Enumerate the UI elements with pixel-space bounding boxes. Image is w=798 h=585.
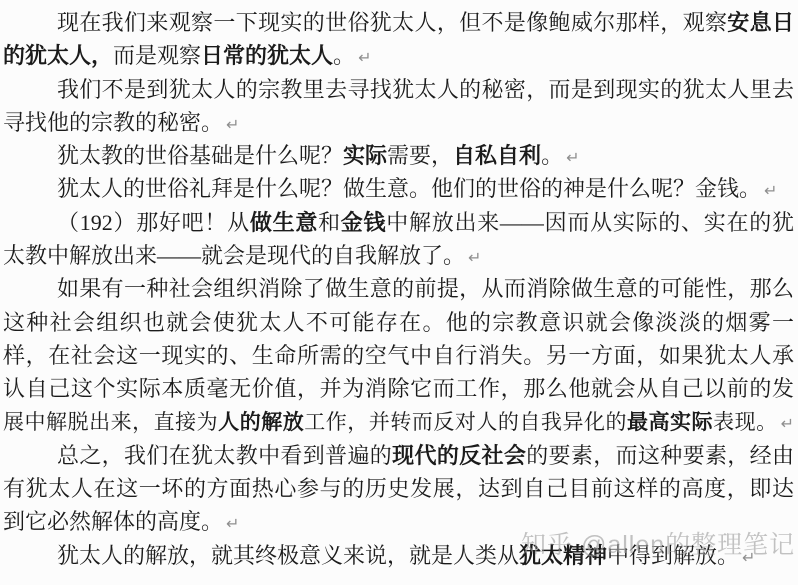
text-run: （192）那好吧！从 (57, 210, 250, 235)
text-run: 犹太教的世俗基础是什么呢？ (57, 143, 343, 168)
paragraph-return-mark-icon: ↵ (465, 248, 481, 267)
paragraph: （192）那好吧！从做生意和金钱中解放出来——因而从实际的、实在的犹太教中解放出… (3, 206, 794, 273)
paragraph: 现在我们来观察一下现实的世俗犹太人，但不是像鲍威尔那样，观察安息日的犹太人，而是… (3, 6, 794, 73)
text-line: 到它必然解体的高度。↵ (3, 505, 794, 538)
paragraph: 犹太教的世俗基础是什么呢？实际需要，自私自利。↵ (3, 139, 794, 172)
text-run: 而是观察 (113, 43, 201, 68)
text-line: 犹太人的解放，就其终极意义来说，就是人类从犹太精神中得到解放。↵ (3, 539, 794, 572)
text-line: 犹太教的世俗基础是什么呢？实际需要，自私自利。↵ (3, 139, 794, 172)
document-body: 现在我们来观察一下现实的世俗犹太人，但不是像鲍威尔那样，观察安息日的犹太人，而是… (0, 0, 798, 572)
text-run: 样，在社会这一现实的、生命所需的空气中自行消失。另一方面，如果犹太人承 (3, 343, 794, 368)
paragraph-return-mark-icon: ↵ (739, 548, 755, 567)
text-run: 总之，我们在犹太教中看到普遍的 (57, 443, 392, 468)
bold-text-run: 金钱 (341, 210, 386, 235)
text-run: 有犹太人在这一坏的方面热心参与的历史发展，达到自己目前这样的高度，即达 (3, 476, 794, 501)
bold-text-run: 人的解放 (218, 410, 304, 434)
bold-text-run: 的犹太人， (3, 43, 113, 68)
bold-text-run: 现代的反社会 (392, 443, 526, 468)
text-run: 到它必然解体的高度。 (3, 509, 223, 534)
text-run: 犹太人的解放，就其终极意义来说，就是人类从 (57, 543, 519, 568)
text-run: 。 (541, 143, 563, 168)
text-line: 的犹太人，而是观察日常的犹太人。↵ (3, 39, 794, 72)
bold-text-run: 日常的犹太人 (201, 43, 333, 68)
paragraph-return-mark-icon: ↵ (355, 48, 371, 67)
text-line: 寻找他的宗教的秘密。↵ (3, 106, 794, 139)
paragraph: 犹太人的解放，就其终极意义来说，就是人类从犹太精神中得到解放。↵ (3, 539, 794, 572)
text-line: 我们不是到犹太人的宗教里去寻找犹太人的秘密，而是到现实的犹太人里去 (3, 73, 794, 106)
bold-text-run: 犹太精神 (519, 543, 607, 568)
paragraph: 如果有一种社会组织消除了做生意的前提，从而消除做生意的可能性，那么这种社会组织也… (3, 272, 794, 438)
text-line: 这种社会组织也就会使犹太人不可能存在。他的宗教意识就会像淡淡的烟雾一 (3, 306, 794, 339)
text-run: 中得到解放。 (607, 543, 739, 568)
document-page: { "page": { "background": "#fcfcfc", "te… (0, 0, 798, 585)
text-line: 展中解脱出来，直接为人的解放工作，并转而反对人的自我异化的最高实际表现。↵ (3, 406, 794, 439)
paragraph-return-mark-icon: ↵ (761, 181, 777, 200)
paragraph-return-mark-icon: ↵ (778, 414, 794, 433)
text-line: 如果有一种社会组织消除了做生意的前提，从而消除做生意的可能性，那么 (3, 272, 794, 305)
text-run: 展中解脱出来，直接为 (3, 410, 218, 434)
text-run: 寻找他的宗教的秘密。 (3, 110, 223, 135)
text-run: 太教中解放出来——就会是现代的自我解放了。 (3, 243, 465, 268)
text-line: 有犹太人在这一坏的方面热心参与的历史发展，达到自己目前这样的高度，即达 (3, 472, 794, 505)
paragraph-return-mark-icon: ↵ (223, 115, 239, 134)
text-line: （192）那好吧！从做生意和金钱中解放出来——因而从实际的、实在的犹 (3, 206, 794, 239)
text-run: 。 (333, 43, 355, 68)
text-run: 工作，并转而反对人的自我异化的 (304, 410, 627, 434)
text-run: 中解放出来——因而从实际的、实在的犹 (386, 210, 794, 235)
bold-text-run: 安息日 (727, 10, 794, 35)
text-line: 总之，我们在犹太教中看到普遍的现代的反社会的要素，而这种要素，经由 (3, 439, 794, 472)
paragraph-return-mark-icon: ↵ (223, 514, 239, 533)
bold-text-run: 自私自利 (453, 143, 541, 168)
bold-text-run: 实际 (343, 143, 387, 168)
paragraph: 总之，我们在犹太教中看到普遍的现代的反社会的要素，而这种要素，经由有犹太人在这一… (3, 439, 794, 539)
text-run: 现在我们来观察一下现实的世俗犹太人，但不是像鲍威尔那样，观察 (57, 10, 727, 35)
text-run: 这种社会组织也就会使犹太人不可能存在。他的宗教意识就会像淡淡的烟雾一 (3, 310, 794, 335)
bold-text-run: 最高实际 (627, 410, 713, 434)
paragraph: 犹太人的世俗礼拜是什么呢？做生意。他们的世俗的神是什么呢？金钱。↵ (3, 172, 794, 205)
paragraph: 我们不是到犹太人的宗教里去寻找犹太人的秘密，而是到现实的犹太人里去寻找他的宗教的… (3, 73, 794, 140)
text-line: 犹太人的世俗礼拜是什么呢？做生意。他们的世俗的神是什么呢？金钱。↵ (3, 172, 794, 205)
text-run: 表现。 (713, 410, 778, 434)
text-run: 如果有一种社会组织消除了做生意的前提，从而消除做生意的可能性，那么 (57, 276, 794, 301)
text-run: 的要素，而这种要素，经由 (526, 443, 794, 468)
text-run: 需要， (387, 143, 453, 168)
text-line: 太教中解放出来——就会是现代的自我解放了。↵ (3, 239, 794, 272)
text-run: 犹太人的世俗礼拜是什么呢？做生意。他们的世俗的神是什么呢？金钱。 (57, 176, 761, 201)
text-line: 现在我们来观察一下现实的世俗犹太人，但不是像鲍威尔那样，观察安息日 (3, 6, 794, 39)
text-run: 我们不是到犹太人的宗教里去寻找犹太人的秘密，而是到现实的犹太人里去 (57, 77, 794, 102)
text-line: 认自己这个实际本质毫无价值，并为消除它而工作，那么他就会从自己以前的发 (3, 372, 794, 405)
paragraph-return-mark-icon: ↵ (563, 148, 579, 167)
text-run: 认自己这个实际本质毫无价值，并为消除它而工作，那么他就会从自己以前的发 (3, 376, 794, 401)
text-run: 和 (318, 210, 341, 235)
text-line: 样，在社会这一现实的、生命所需的空气中自行消失。另一方面，如果犹太人承 (3, 339, 794, 372)
bold-text-run: 做生意 (250, 210, 318, 235)
